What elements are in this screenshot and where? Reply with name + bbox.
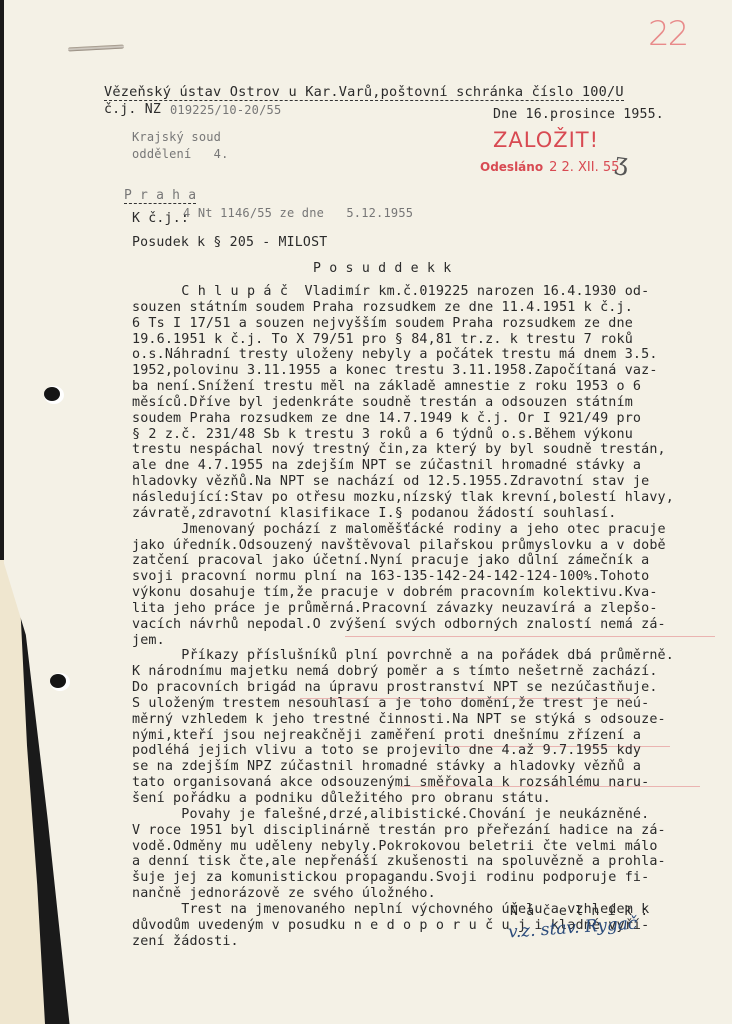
reference-to-value: 4 Nt 1146/55 ze dne 5.12.1955 (183, 206, 413, 220)
body-line: K národnímu majetku nemá dobrý poměr a s… (132, 664, 722, 680)
body-line: C h l u p á č Vladimír km.č.019225 naroz… (132, 284, 722, 300)
document-title: P o s u d d e k k (313, 261, 451, 276)
body-line: tato organisovaná akce odsouzenými směřo… (132, 775, 722, 791)
reference-to-label: K č.j.: (132, 211, 189, 226)
punch-hole-top (44, 387, 60, 401)
body-line: Příkazy příslušníků plní povrchně a na p… (132, 648, 722, 664)
body-line: jako úředník.Odsouzený navštěvoval pilař… (132, 538, 722, 554)
body-line: souzen státním soudem Praha rozsudkem ze… (132, 300, 722, 316)
body-line: lita jeho práce je průměrná.Pracovní záv… (132, 601, 722, 617)
body-line: soudem Praha rozsudkem ze dne 14.7.1949 … (132, 411, 722, 427)
sent-stamp: Odesláno2 2. XII. 55 (480, 160, 619, 175)
body-line: svoji pracovní normu plní na 163-135-142… (132, 569, 722, 585)
institution-header: Vězeňský ústav Ostrov u Kar.Varů,poštovn… (104, 84, 624, 101)
addressee-court: Krajský soud (132, 130, 221, 144)
addressee-city: P r a h a (124, 188, 196, 204)
body-line: ale dne 4.7.1955 na zdejším NPT se zúčas… (132, 458, 722, 474)
body-line: výkonu dosahuje tím,že pracuje v dobrém … (132, 585, 722, 601)
body-line: 6 Ts I 17/51 a souzen nejvyšším soudem P… (132, 316, 722, 332)
body-line: závratě,zdravotní klasifikace I.§ podano… (132, 506, 722, 522)
reference-label: č.j. NZ (104, 102, 161, 117)
body-line: § 2 z.č. 231/48 Sb k trestu 3 roků a 6 t… (132, 427, 722, 443)
body-line: Do pracovních brigád na úpravu prostrans… (132, 680, 722, 696)
body-line: 19.6.1951 k č.j. To X 79/51 pro § 84,81 … (132, 332, 722, 348)
punch-hole-bottom (50, 674, 66, 688)
body-line: vacích návrhů nepodal.O zvýšení svých od… (132, 617, 722, 633)
subject-line: Posudek k § 205 - MILOST (132, 235, 327, 250)
body-line: zatčení pracoval jako účetní.Nyní pracuj… (132, 553, 722, 569)
sent-date: 2 2. XII. 55 (549, 160, 619, 175)
body-line: se na zdejším NPZ zúčastnil hromadné stá… (132, 759, 722, 775)
body-line: 1952,polovinu 3.11.1955 a konec trestu 3… (132, 363, 722, 379)
body-line: měrný vzhledem k jeho trestné činnosti.N… (132, 712, 722, 728)
file-stamp: ZALOŽIT! (493, 128, 599, 152)
body-line: podléhá jejich vlivu a toto se projevilo… (132, 743, 722, 759)
body-line: zení žádosti. (132, 934, 722, 950)
document-body: C h l u p á č Vladimír km.č.019225 naroz… (132, 284, 722, 949)
body-line: šuje jej za komunistickou propagandu.Svo… (132, 870, 722, 886)
addressee-department: oddělení 4. (132, 147, 229, 161)
body-line: jem. (132, 633, 722, 649)
body-line: o.s.Náhradní tresty uloženy nebyly a poč… (132, 347, 722, 363)
body-line: Jmenovaný pochází z maloměšťácké rodiny … (132, 522, 722, 538)
body-line: nými,kteří jsou nejreakčněji zaměření pr… (132, 728, 722, 744)
body-line: a denní tisk čte,ale nepřenáší zkušenost… (132, 854, 722, 870)
body-line: trestu nespáchal nový trestný čin,za kte… (132, 442, 722, 458)
body-line: Povahy je falešné,drzé,alibistické.Chová… (132, 807, 722, 823)
body-line: S uloženým trestem nesouhlasí a je toho … (132, 696, 722, 712)
document-date: Dne 16.prosince 1955. (493, 107, 664, 122)
body-line: vodě.Odměny mu uděleny nebyly.Pokrokovou… (132, 839, 722, 855)
body-line: ba není.Snížení trestu měl na základě am… (132, 379, 722, 395)
body-line: měsíců.Dříve byl jedenkráte soudně trest… (132, 395, 722, 411)
body-line: V roce 1951 byl disciplinárně trestán pr… (132, 823, 722, 839)
body-line: šení pořádku a podniku důležitého pro ob… (132, 791, 722, 807)
page-number: 22 (648, 14, 687, 54)
body-line: hladovky vězňů.Na NPT se nachází od 12.5… (132, 474, 722, 490)
body-line: nančně jednorázově ze svého úložného. (132, 886, 722, 902)
sent-label: Odesláno (480, 160, 543, 174)
body-line: následující:Stav po otřesu mozku,nízský … (132, 490, 722, 506)
reference-number: 019225/10-20/55 (170, 103, 281, 117)
